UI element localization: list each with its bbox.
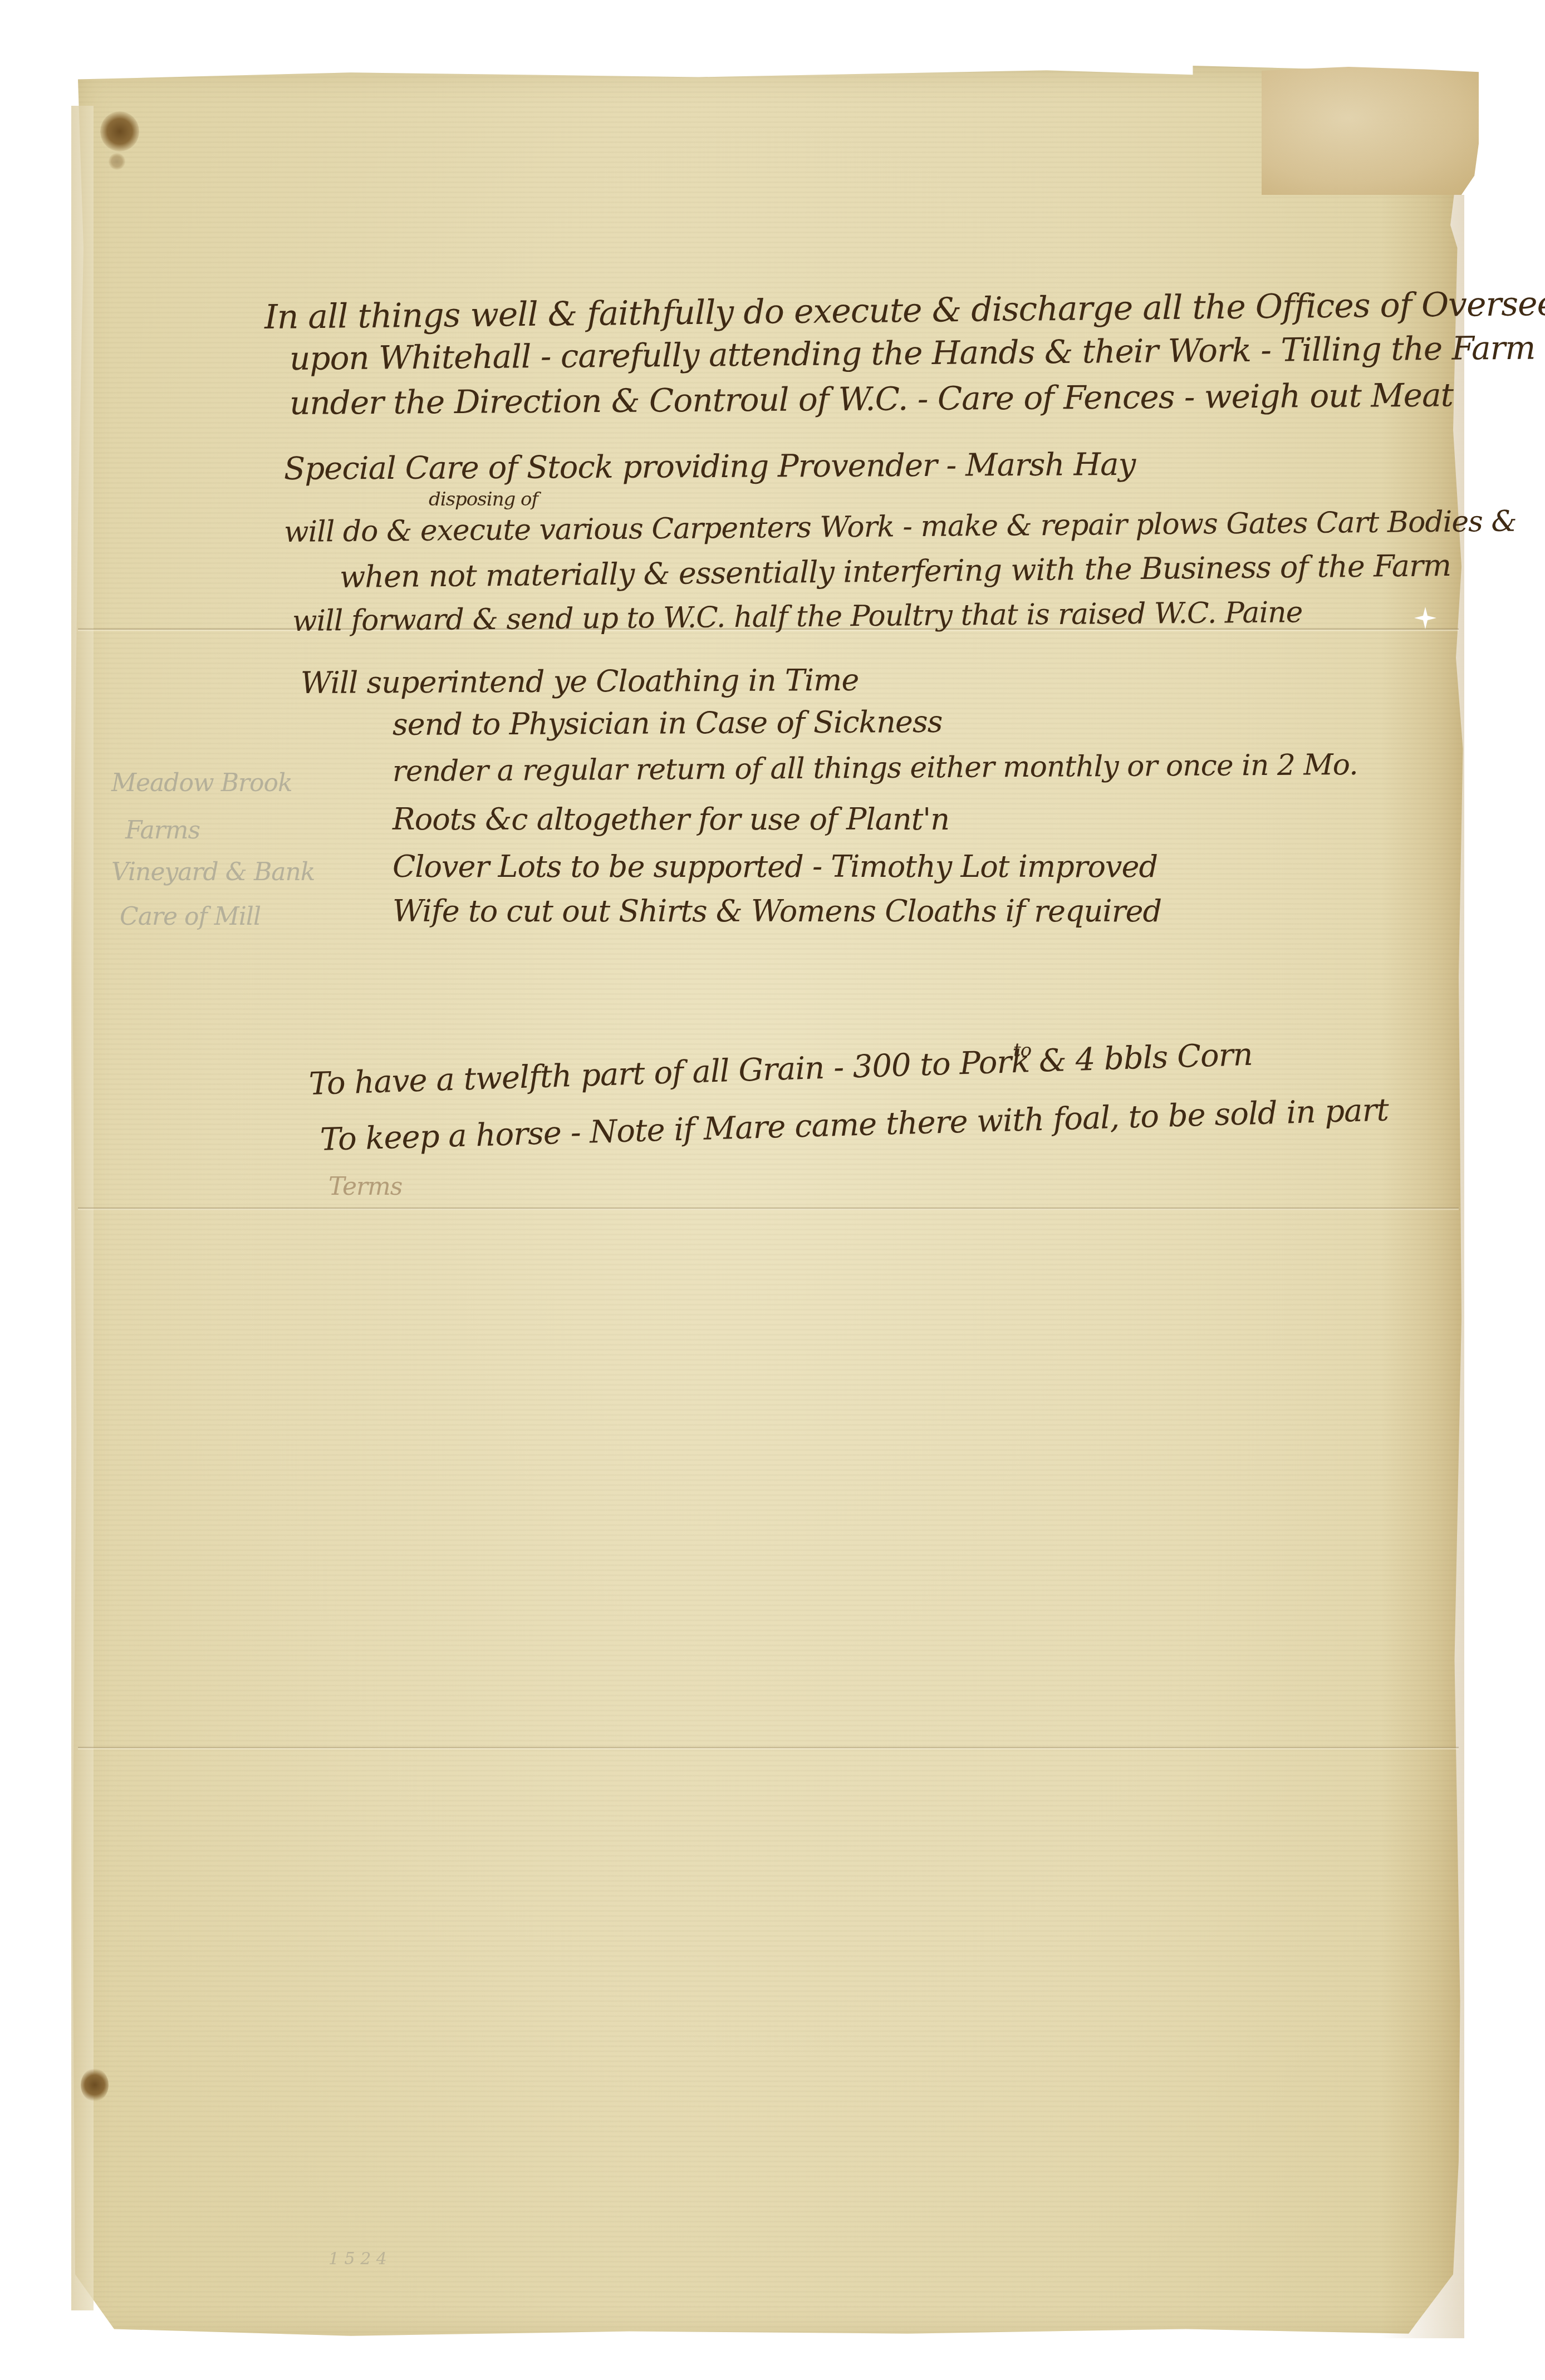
body-line-2: upon Whitehall - carefully attending the… [290,331,1536,375]
fold-line [78,1207,1459,1210]
duty-line-1: Will superintend ye Cloathing in Time [301,665,859,698]
body-line-4: Special Care of Stock providing Provende… [284,449,1135,485]
duty-line-2: send to Physician in Case of Sickness [393,707,943,740]
duty-line-3: render a regular return of all things ei… [393,750,1358,786]
margin-note-line-2: Farms [125,818,200,843]
terms-faint-word: Terms [328,1175,402,1199]
margin-note-line-4: Care of Mill [120,905,261,929]
margin-note-line-1: Meadow Brook [111,771,292,796]
margin-note-line-3: Vineyard & Bank [111,860,315,885]
pin-hole-stain-bottom [81,2068,109,2102]
duty-line-6: Wife to cut out Shirts & Womens Cloaths … [393,896,1161,926]
interlinear-insertion: disposing of [429,490,538,509]
duty-line-5: Clover Lots to be supported - Timothy Lo… [393,852,1157,882]
fold-line [78,1746,1459,1750]
torn-top-right-corner [1262,67,1479,195]
stain-mark [109,153,125,170]
body-line-3: under the Direction & Controul of W.C. -… [290,379,1453,419]
body-line-7: will forward & send up to W.C. half the … [292,598,1303,636]
duty-line-4: Roots &c altogether for use of Plant'n [393,804,949,835]
pin-hole-stain-top [100,111,139,151]
bottom-pencil-marks: 1 5 2 4 [328,2249,387,2269]
